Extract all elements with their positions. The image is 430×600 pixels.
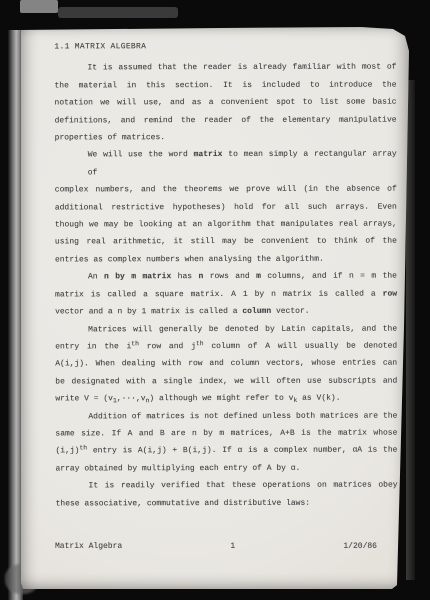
scan-background: 1.1 MATRIX ALGEBRA It is assumed that th… — [0, 0, 430, 600]
text-line: Matrices will generally be denoted by La… — [55, 320, 397, 338]
text-segment: be designated with a single index, we wi… — [55, 376, 397, 386]
text-line: (i,j)th entry is A(i,j) + B(i,j). If α i… — [55, 442, 397, 460]
text-segment: column — [242, 307, 271, 316]
superscript: th — [79, 445, 87, 452]
text-segment: properties of matrices. — [55, 133, 165, 142]
text-line: complex numbers, and the theorems we pro… — [55, 181, 397, 199]
text-segment: matrix is called a square matrix. A 1 by… — [55, 289, 383, 299]
text-segment: definitions, and remind the reader of th… — [55, 115, 397, 125]
subscript: 1 — [113, 397, 117, 404]
text-line: these associative, commutative and distr… — [56, 494, 398, 512]
text-segment: though we may be looking at an algorithm… — [55, 220, 397, 230]
text-line: notation we will use, and as a convenien… — [55, 94, 397, 112]
text-line: We will use the word matrix to mean simp… — [55, 146, 397, 182]
text-segment: vector and a n by 1 matrix is called a — [55, 307, 242, 316]
superscript: th — [131, 340, 139, 347]
text-segment: row and j — [139, 342, 196, 351]
text-segment: write V = (v — [55, 394, 113, 403]
scan-reflection-top-left — [20, 0, 58, 13]
footer-title: Matrix Algebra — [55, 538, 122, 555]
subscript: n — [146, 397, 150, 404]
text-segment: matrix — [194, 150, 223, 159]
text-segment: It is readily verified that these operat… — [89, 481, 398, 491]
text-segment: as V(k). — [297, 394, 340, 403]
page-edge-shadow-right — [406, 80, 415, 580]
text-line: It is assumed that the reader is already… — [54, 59, 396, 77]
text-line: properties of matrices. — [55, 129, 397, 147]
subscript: k — [293, 397, 297, 404]
text-segment: ) although we might refer to v — [149, 394, 293, 403]
text-segment: entry is A(i,j) + B(i,j). If α is a comp… — [87, 446, 397, 456]
text-segment: Addition of matrices is not defined unle… — [88, 411, 397, 421]
text-segment: array obtained by multiplying each entry… — [55, 464, 300, 474]
text-line: write V = (v1,···,vn) although we might … — [55, 390, 397, 408]
text-segment: same size. If A and B are n by m matrice… — [55, 428, 397, 438]
text-line: definitions, and remind the reader of th… — [55, 111, 397, 129]
text-segment: the material in this section. It is incl… — [54, 80, 396, 90]
text-line: using real arithmetic, it still may be c… — [55, 233, 397, 251]
section-heading: 1.1 MATRIX ALGEBRA — [54, 38, 396, 56]
scan-streak-top — [58, 7, 178, 18]
text-line: Addition of matrices is not defined unle… — [55, 407, 397, 425]
text-segment: entry in the i — [55, 342, 131, 351]
text-segment: row — [383, 289, 397, 298]
text-segment: It is assumed that the reader is already… — [87, 63, 396, 73]
text-segment: has — [171, 272, 198, 281]
text-segment: using real arithmetic, it still may be c… — [55, 237, 397, 247]
text-line: A(i,j). When dealing with row and column… — [55, 355, 397, 373]
text-line: be designated with a single index, we wi… — [55, 372, 397, 390]
text-segment: n by m matrix — [104, 272, 171, 281]
footer-page-number: 1 — [230, 538, 235, 555]
text-segment: column of A will usually be denoted — [204, 341, 398, 351]
text-segment: We will use the word — [88, 151, 194, 160]
text-line: additional restrictive hypotheses) hold … — [55, 198, 397, 216]
text-line: array obtained by multiplying each entry… — [55, 459, 397, 477]
footer-date: 1/20/86 — [343, 538, 377, 555]
text-segment: complex numbers, and the theorems we pro… — [55, 185, 397, 195]
text-segment: notation we will use, and as a convenien… — [55, 98, 397, 108]
text-line: though we may be looking at an algorithm… — [55, 216, 397, 234]
text-segment: entries as complex numbers when analysin… — [55, 255, 324, 265]
text-line: matrix is called a square matrix. A 1 by… — [55, 285, 397, 303]
text-line: entry in the ith row and jth column of A… — [55, 337, 397, 355]
book-spine-edge — [8, 30, 23, 600]
text-line: vector and a n by 1 matrix is called a c… — [55, 303, 397, 321]
scanned-page: 1.1 MATRIX ALGEBRA It is assumed that th… — [21, 27, 411, 589]
text-segment: Matrices will generally be denoted by La… — [88, 324, 397, 334]
text-segment: (i,j) — [55, 447, 79, 456]
page-footer: Matrix Algebra 1 1/20/86 — [55, 538, 377, 555]
text-line: An n by m matrix has n rows and m column… — [55, 268, 397, 286]
text-segment: ,···,v — [117, 394, 146, 403]
body-text: It is assumed that the reader is already… — [54, 59, 397, 512]
text-line: the material in this section. It is incl… — [54, 76, 396, 94]
text-line: same size. If A and B are n by m matrice… — [55, 424, 397, 442]
text-segment: An — [88, 273, 104, 282]
text-segment: vector. — [271, 307, 309, 316]
text-line: entries as complex numbers when analysin… — [55, 250, 397, 268]
superscript: th — [196, 340, 204, 347]
text-line: It is readily verified that these operat… — [56, 477, 398, 495]
text-segment: additional restrictive hypotheses) hold … — [55, 202, 397, 212]
text-segment: A(i,j). When dealing with row and column… — [55, 359, 397, 369]
text-segment: these associative, commutative and distr… — [56, 498, 310, 508]
text-segment: columns, and if n = m the — [261, 272, 397, 281]
text-segment: rows and — [203, 272, 256, 281]
typewritten-text: 1.1 MATRIX ALGEBRA It is assumed that th… — [54, 38, 397, 513]
